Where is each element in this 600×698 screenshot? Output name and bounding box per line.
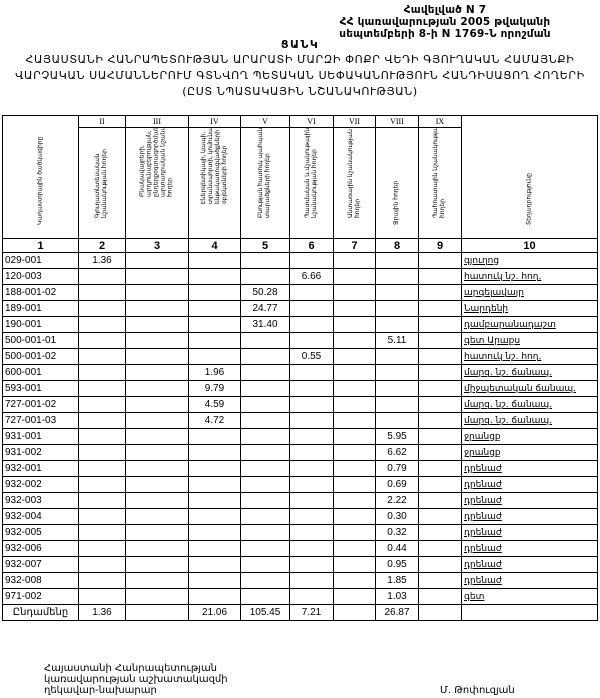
area-value: [126, 557, 189, 573]
area-value: [79, 285, 126, 301]
area-value: [290, 365, 334, 381]
area-value: [79, 493, 126, 509]
area-value: [334, 381, 376, 397]
area-value: [419, 397, 462, 413]
area-value: [334, 573, 376, 589]
area-value: [79, 301, 126, 317]
heading-line-1: ՀԱՅԱՍՏԱՆԻ ՀԱՆՐԱՊԵՏՈՒԹՅԱՆ ԱՐԱՐԱՏԻ ՄԱՐԶԻ Փ…: [0, 52, 600, 68]
table-row: 971-0021.03գետ: [3, 589, 598, 605]
area-value: [189, 493, 241, 509]
area-value: [290, 573, 334, 589]
roman-numeral: IX: [419, 116, 462, 128]
area-value: [334, 461, 376, 477]
area-value: 1.96: [189, 365, 241, 381]
total-value: [126, 605, 189, 621]
total-location: [462, 605, 598, 621]
area-value: [334, 541, 376, 557]
area-value: [334, 493, 376, 509]
total-value: 7.21: [290, 605, 334, 621]
location: դրենաժ: [462, 477, 598, 493]
area-value: [419, 477, 462, 493]
area-value: [126, 381, 189, 397]
area-value: [241, 429, 290, 445]
area-value: [79, 349, 126, 365]
area-value: [241, 477, 290, 493]
roman-numeral: VII: [334, 116, 376, 128]
area-value: 50.28: [241, 285, 290, 301]
location: դրենաժ: [462, 525, 598, 541]
area-value: [241, 541, 290, 557]
roman-numeral: III: [126, 116, 189, 128]
area-value: [79, 365, 126, 381]
area-value: [290, 429, 334, 445]
area-value: 5.11: [376, 333, 419, 349]
area-value: [189, 301, 241, 317]
header-cell: Բնակավայրերի, արդյունաբերության, ընդերքօ…: [126, 128, 189, 239]
area-value: [290, 317, 334, 333]
location: մարզ. նշ. ճանապ.: [462, 413, 598, 429]
cadastral-code: 120-003: [3, 269, 79, 285]
area-value: [334, 317, 376, 333]
table-row: 120-0036.66հատուկ նշ. հող.: [3, 269, 598, 285]
header-cadastral-code: Կադաստրային ծածկագիրը: [3, 116, 79, 239]
area-value: 31.40: [241, 317, 290, 333]
area-value: [290, 397, 334, 413]
roman-numeral: VIII: [376, 116, 419, 128]
area-value: [419, 285, 462, 301]
header-cell: Անտառային նշանակության հողեր: [334, 128, 376, 239]
total-value: 21.06: [189, 605, 241, 621]
location: մարզ. նշ. ճանապ.: [462, 397, 598, 413]
table-row: 188-001-0250.28արգելավայր: [3, 285, 598, 301]
area-value: [241, 349, 290, 365]
area-value: [334, 445, 376, 461]
area-value: [189, 573, 241, 589]
area-value: 0.79: [376, 461, 419, 477]
area-value: [79, 541, 126, 557]
area-value: [241, 573, 290, 589]
area-value: [126, 589, 189, 605]
area-value: [290, 285, 334, 301]
area-value: [290, 525, 334, 541]
area-value: [241, 525, 290, 541]
table-row: 189-00124.77Նարդենի: [3, 301, 598, 317]
column-number: 8: [376, 239, 419, 253]
table-row: 932-0050.32դրենաժ: [3, 525, 598, 541]
area-value: [290, 381, 334, 397]
total-value: 105.45: [241, 605, 290, 621]
area-value: [290, 301, 334, 317]
area-value: 1.36: [79, 253, 126, 269]
table-row: 932-0010.79դրենաժ: [3, 461, 598, 477]
area-value: [79, 525, 126, 541]
roman-numeral: II: [79, 116, 126, 128]
area-value: [419, 445, 462, 461]
table-row: 029-0011.36գյուղոց: [3, 253, 598, 269]
area-value: [419, 301, 462, 317]
area-value: [79, 461, 126, 477]
area-value: [334, 301, 376, 317]
area-value: [376, 349, 419, 365]
area-value: [189, 509, 241, 525]
cadastral-code: 971-002: [3, 589, 79, 605]
area-value: [126, 429, 189, 445]
cadastral-code: 500-001-01: [3, 333, 79, 349]
location: հատուկ նշ. հող.: [462, 349, 598, 365]
signatory-line-1: Հայաստանի Հանրապետության: [44, 663, 228, 674]
area-value: [241, 413, 290, 429]
area-value: [241, 381, 290, 397]
header-text: Ջրային հողեր: [394, 128, 401, 226]
area-value: [126, 541, 189, 557]
total-value: 26.87: [376, 605, 419, 621]
column-number: 6: [290, 239, 334, 253]
heading-line-3: (ԸՍՏ ՆՊԱՏԱԿԱՅԻՆ ՆՇԱՆԱԿՈՒԹՅԱՆ): [0, 84, 600, 100]
area-value: [290, 509, 334, 525]
area-value: [376, 301, 419, 317]
column-number: 2: [79, 239, 126, 253]
header-text: Գյուղատնտեսական նշանակության հողեր: [95, 128, 109, 219]
total-label: Ընդամենը: [3, 605, 79, 621]
header-text: Անտառային նշանակության հողեր: [348, 128, 362, 219]
location: դրենաժ: [462, 461, 598, 477]
area-value: 6.66: [290, 269, 334, 285]
area-value: [290, 541, 334, 557]
location: դրենաժ: [462, 541, 598, 557]
table-row: 500-001-020.55հատուկ նշ. հող.: [3, 349, 598, 365]
table-row: 593-0019.79միջպետական ճանապ.: [3, 381, 598, 397]
header-text: Պատմական և մշակութային նշանակության հողե…: [305, 128, 319, 219]
area-value: [189, 285, 241, 301]
approval-note: Հավելված N 7 ՀՀ կառավարության 2005 թվակա…: [300, 4, 590, 40]
area-value: [79, 557, 126, 573]
location: ջրանցք: [462, 445, 598, 461]
area-value: [290, 493, 334, 509]
area-value: 0.95: [376, 557, 419, 573]
area-value: [334, 253, 376, 269]
column-number: 7: [334, 239, 376, 253]
cadastral-code: 931-001: [3, 429, 79, 445]
cadastral-code: 600-001: [3, 365, 79, 381]
location: Նարդենի: [462, 301, 598, 317]
table-row: 932-0020.69դրենաժ: [3, 477, 598, 493]
area-value: [79, 477, 126, 493]
area-value: [126, 301, 189, 317]
document-title: ՑԱՆԿ: [0, 38, 600, 51]
area-value: [189, 333, 241, 349]
area-value: [79, 413, 126, 429]
area-value: [419, 253, 462, 269]
signatory-line-3: ղեկավար-նախարար: [44, 685, 228, 696]
area-value: [241, 461, 290, 477]
area-value: [126, 349, 189, 365]
area-value: [334, 365, 376, 381]
column-number: 5: [241, 239, 290, 253]
area-value: [334, 333, 376, 349]
location: գետ: [462, 589, 598, 605]
total-value: [334, 605, 376, 621]
area-value: [189, 477, 241, 493]
column-number: 1: [3, 239, 79, 253]
location: դրենաժ: [462, 493, 598, 509]
cadastral-code: 593-001: [3, 381, 79, 397]
table-row: 600-0011.96մարզ. նշ. ճանապ.: [3, 365, 598, 381]
area-value: [376, 317, 419, 333]
location: գետ Արաքս: [462, 333, 598, 349]
table-row: 931-0026.62ջրանցք: [3, 445, 598, 461]
area-value: [419, 269, 462, 285]
roman-numeral: VI: [290, 116, 334, 128]
table-row: 931-0015.95ջրանցք: [3, 429, 598, 445]
header-cell: Բնության հատուկ պահպանվող տարածքների հող…: [241, 128, 290, 239]
area-value: [376, 397, 419, 413]
area-value: 6.62: [376, 445, 419, 461]
cadastral-code: 932-003: [3, 493, 79, 509]
area-value: [79, 333, 126, 349]
area-value: [79, 445, 126, 461]
area-value: [290, 557, 334, 573]
area-value: [189, 557, 241, 573]
area-value: [290, 253, 334, 269]
cadastral-code: 727-001-02: [3, 397, 79, 413]
area-value: [189, 429, 241, 445]
column-number: 9: [419, 239, 462, 253]
area-value: [79, 573, 126, 589]
area-value: [334, 269, 376, 285]
header-location: Տեղադրությունը: [462, 116, 598, 239]
area-value: 0.30: [376, 509, 419, 525]
cadastral-code: 932-007: [3, 557, 79, 573]
area-value: [126, 413, 189, 429]
area-value: [189, 317, 241, 333]
area-value: [189, 541, 241, 557]
signatory-name: Մ. Թոփուզյան: [440, 685, 515, 696]
area-value: 5.95: [376, 429, 419, 445]
location: դրենաժ: [462, 573, 598, 589]
area-value: [79, 269, 126, 285]
area-value: [334, 477, 376, 493]
area-value: [376, 285, 419, 301]
area-value: [376, 381, 419, 397]
header-cell: Պահուստային նշանակության հողեր: [419, 128, 462, 239]
area-value: [126, 477, 189, 493]
area-value: 24.77: [241, 301, 290, 317]
header-cell: Էներգետիկայի, կապի, տրանսպորտի, կոմունալ…: [189, 128, 241, 239]
area-value: [290, 461, 334, 477]
cadastral-code: 932-006: [3, 541, 79, 557]
area-value: [334, 557, 376, 573]
approval-line-2: ՀՀ կառավարության 2005 թվականի: [300, 16, 590, 28]
area-value: [126, 333, 189, 349]
header-cell: Ջրային հողեր: [376, 128, 419, 239]
area-value: [419, 365, 462, 381]
area-value: [419, 413, 462, 429]
cadastral-code: 932-005: [3, 525, 79, 541]
area-value: [79, 429, 126, 445]
approval-line-1: Հավելված N 7: [300, 4, 590, 16]
area-value: 9.79: [189, 381, 241, 397]
area-value: [334, 413, 376, 429]
header-cell: Պատմական և մշակութային նշանակության հողե…: [290, 128, 334, 239]
header-cell: Գյուղատնտեսական նշանակության հողեր: [79, 128, 126, 239]
area-value: [419, 381, 462, 397]
area-value: [126, 365, 189, 381]
signatory-title: Հայաստանի Հանրապետության կառավարության ա…: [44, 663, 228, 696]
area-value: [126, 525, 189, 541]
area-value: [334, 285, 376, 301]
area-value: [334, 349, 376, 365]
cadastral-code: 029-001: [3, 253, 79, 269]
area-value: [79, 509, 126, 525]
area-value: [376, 269, 419, 285]
header-text: Տեղադրությունը: [526, 123, 533, 225]
location: միջպետական ճանապ.: [462, 381, 598, 397]
area-value: [419, 493, 462, 509]
area-value: [241, 557, 290, 573]
cadastral-code: 931-002: [3, 445, 79, 461]
area-value: [189, 269, 241, 285]
area-value: [419, 525, 462, 541]
area-value: [241, 269, 290, 285]
area-value: [126, 397, 189, 413]
cadastral-code: 932-004: [3, 509, 79, 525]
area-value: 4.72: [189, 413, 241, 429]
area-value: [79, 397, 126, 413]
area-value: [334, 525, 376, 541]
location: գյուղոց: [462, 253, 598, 269]
total-row: Ընդամենը1.3621.06105.457.2126.87: [3, 605, 598, 621]
area-value: [419, 317, 462, 333]
area-value: [189, 461, 241, 477]
document-heading: ՀԱՅԱՍՏԱՆԻ ՀԱՆՐԱՊԵՏՈՒԹՅԱՆ ԱՐԱՐԱՏԻ ՄԱՐԶԻ Փ…: [0, 52, 600, 100]
area-value: [126, 317, 189, 333]
area-value: [79, 589, 126, 605]
cadastral-code: 190-001: [3, 317, 79, 333]
area-value: [189, 253, 241, 269]
area-value: [419, 573, 462, 589]
area-value: [189, 525, 241, 541]
area-value: [241, 445, 290, 461]
total-value: 1.36: [79, 605, 126, 621]
column-number-row: 12345678910: [3, 239, 598, 253]
table-row: 932-0032.22դրենաժ: [3, 493, 598, 509]
header-text: Բնության հատուկ պահպանվող տարածքների հող…: [258, 128, 272, 219]
area-value: [419, 461, 462, 477]
area-value: [419, 509, 462, 525]
area-value: [126, 269, 189, 285]
header-text: Էներգետիկայի, կապի, տրանսպորտի, կոմունալ…: [201, 128, 229, 205]
cadastral-code: 500-001-02: [3, 349, 79, 365]
area-value: 1.03: [376, 589, 419, 605]
area-value: [126, 461, 189, 477]
area-value: [126, 445, 189, 461]
area-value: [241, 397, 290, 413]
area-value: [189, 445, 241, 461]
cadastral-code: 932-001: [3, 461, 79, 477]
table-row: 500-001-015.11գետ Արաքս: [3, 333, 598, 349]
area-value: [241, 253, 290, 269]
area-value: [290, 589, 334, 605]
area-value: [241, 333, 290, 349]
total-value: [419, 605, 462, 621]
area-value: [376, 253, 419, 269]
area-value: 0.44: [376, 541, 419, 557]
location: դրենաժ: [462, 557, 598, 573]
cadastral-code: 932-008: [3, 573, 79, 589]
roman-numeral: IV: [189, 116, 241, 128]
column-number: 4: [189, 239, 241, 253]
table-row: 932-0070.95դրենաժ: [3, 557, 598, 573]
table-row: 932-0040.30դրենաժ: [3, 509, 598, 525]
cadastral-code: 189-001: [3, 301, 79, 317]
area-value: [334, 589, 376, 605]
header-text: Պահուստային նշանակության հողեր: [433, 128, 447, 219]
area-value: [290, 445, 334, 461]
area-value: [334, 429, 376, 445]
roman-numeral: V: [241, 116, 290, 128]
area-value: [419, 541, 462, 557]
area-value: 2.22: [376, 493, 419, 509]
table-row: 727-001-034.72մարզ. նշ. ճանապ.: [3, 413, 598, 429]
table-row: 190-00131.40դամբարանադաշտ: [3, 317, 598, 333]
heading-line-2: ՎԱՐՉԱԿԱՆ ՍԱՀՄԱՆՆԵՐՈՒՄ ԳՏՆՎՈՂ ՊԵՏԱԿԱՆ ՍԵՓ…: [0, 68, 600, 84]
area-value: [419, 557, 462, 573]
roman-numeral-row: Կադաստրային ծածկագիրըIIIIIIVVVIVIIVIIIIX…: [3, 116, 598, 128]
location: մարզ. նշ. ճանապ.: [462, 365, 598, 381]
area-value: [126, 493, 189, 509]
area-value: [241, 493, 290, 509]
location: արգելավայր: [462, 285, 598, 301]
area-value: [419, 429, 462, 445]
area-value: [376, 365, 419, 381]
area-value: [79, 381, 126, 397]
area-value: [290, 477, 334, 493]
area-value: [334, 397, 376, 413]
location: հատուկ նշ. հող.: [462, 269, 598, 285]
area-value: [126, 573, 189, 589]
area-value: [126, 509, 189, 525]
area-value: [189, 349, 241, 365]
cadastral-code: 932-002: [3, 477, 79, 493]
table-row: 932-0060.44դրենաժ: [3, 541, 598, 557]
location: ջրանցք: [462, 429, 598, 445]
area-value: 4.59: [189, 397, 241, 413]
location: դամբարանադաշտ: [462, 317, 598, 333]
cadastral-code: 727-001-03: [3, 413, 79, 429]
area-value: [241, 509, 290, 525]
location: դրենաժ: [462, 509, 598, 525]
area-value: 0.69: [376, 477, 419, 493]
area-value: 0.32: [376, 525, 419, 541]
area-value: [241, 365, 290, 381]
area-value: [334, 509, 376, 525]
area-value: [126, 285, 189, 301]
area-value: 1.85: [376, 573, 419, 589]
area-value: [241, 589, 290, 605]
area-value: [290, 413, 334, 429]
area-value: 0.55: [290, 349, 334, 365]
column-number: 3: [126, 239, 189, 253]
table-row: 932-0081.85դրենաժ: [3, 573, 598, 589]
land-list-table: Կադաստրային ծածկագիրըIIIIIIVVVIVIIVIIIIX…: [2, 115, 598, 621]
header-text: Կադաստրային ծածկագիրը: [37, 123, 44, 225]
area-value: [376, 413, 419, 429]
area-value: [79, 317, 126, 333]
area-value: [290, 333, 334, 349]
header-text: Բնակավայրերի, արդյունաբերության, ընդերքօ…: [140, 128, 175, 198]
cadastral-code: 188-001-02: [3, 285, 79, 301]
column-number: 10: [462, 239, 598, 253]
